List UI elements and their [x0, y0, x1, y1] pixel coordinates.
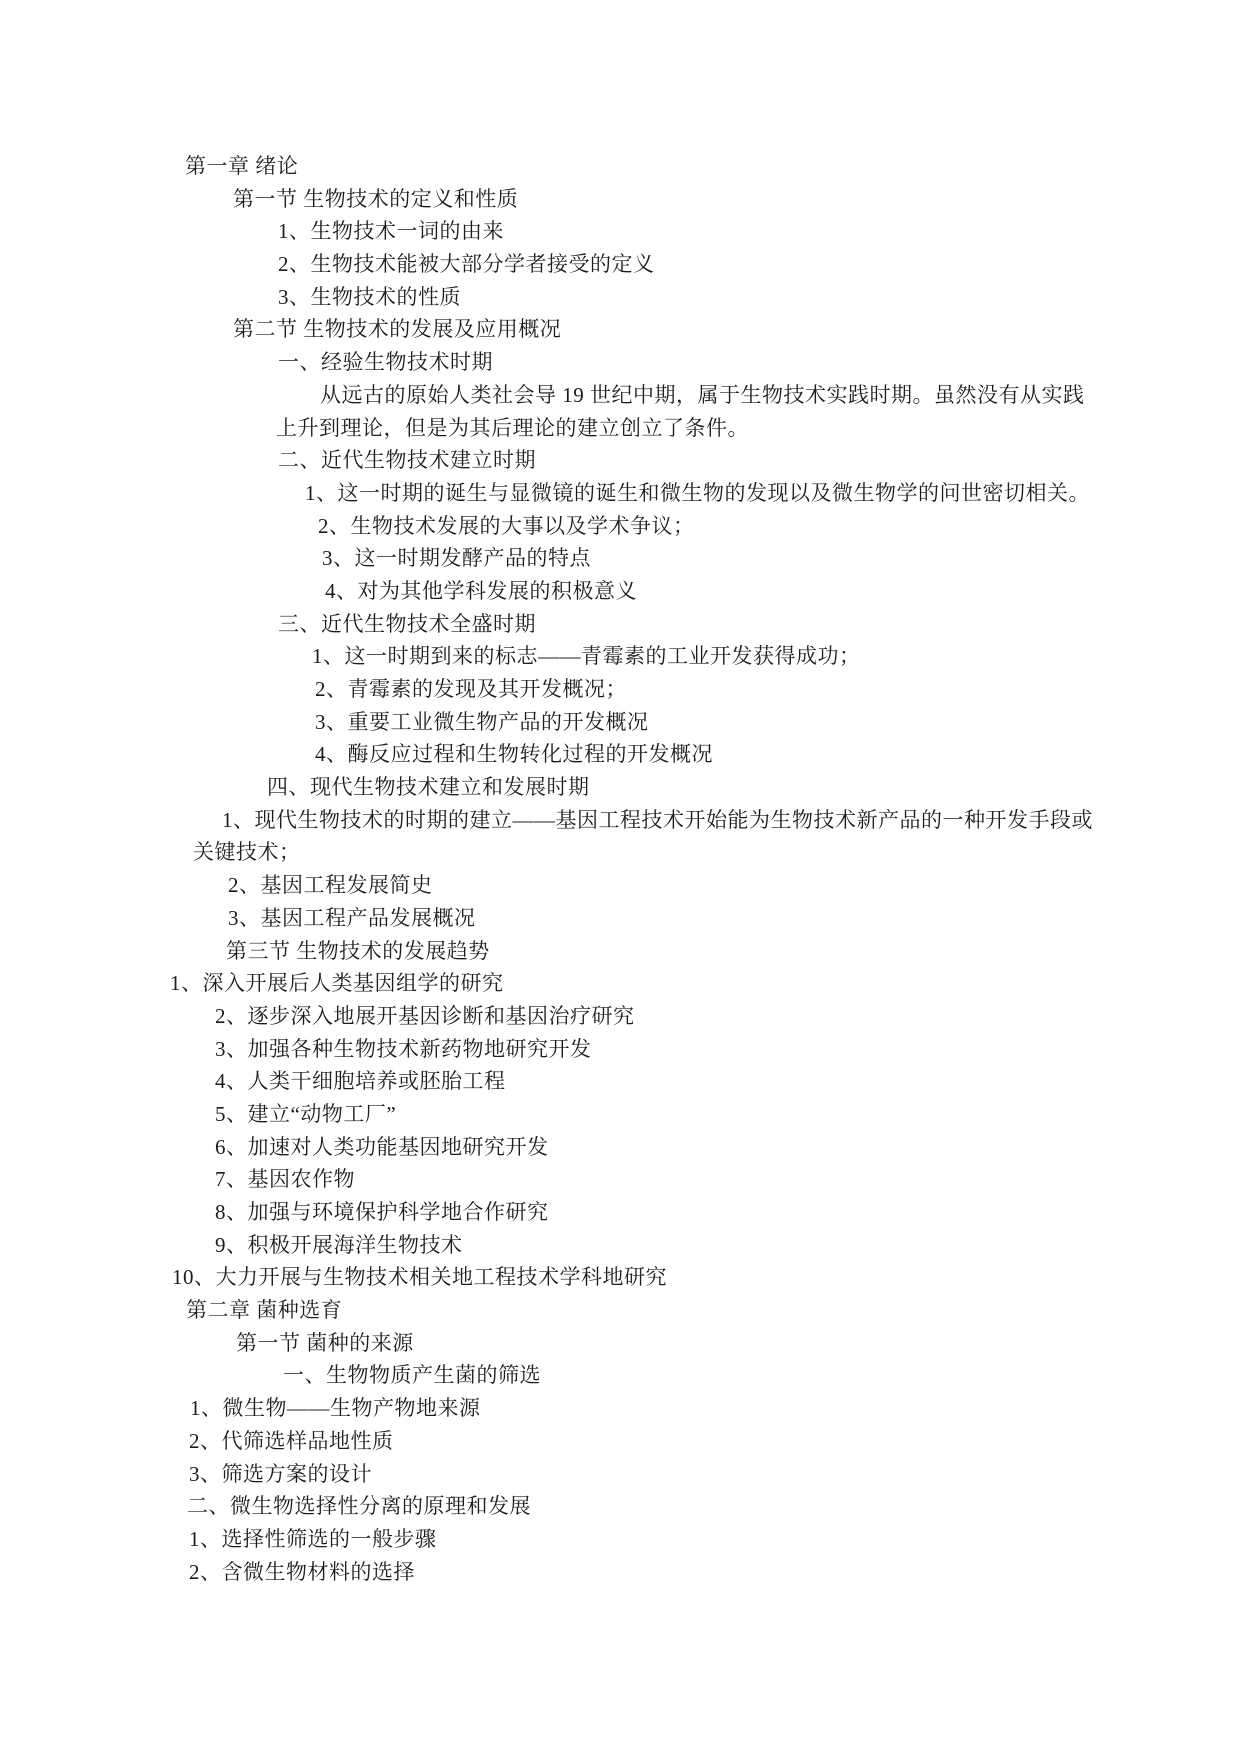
- outline-line-text: 4、酶反应过程和生物转化过程的开发概况: [315, 742, 713, 766]
- outline-line: 3、基因工程产品发展概况: [0, 902, 1241, 935]
- outline-line-text: 1、深入开展后人类基因组学的研究: [170, 971, 504, 995]
- outline-line-text: 3、重要工业微生物产品的开发概况: [315, 710, 649, 734]
- outline-line: 一、经验生物技术时期: [0, 346, 1241, 379]
- document-page: 第一章 绪论 第一节 生物技术的定义和性质 1、生物技术一词的由来 2、生物技术…: [0, 0, 1241, 1754]
- outline-line: 三、近代生物技术全盛时期: [0, 608, 1241, 641]
- outline-line-text: 10、大力开展与生物技术相关地工程技术学科地研究: [172, 1265, 667, 1289]
- outline-line: 第三节 生物技术的发展趋势: [0, 935, 1241, 968]
- outline-line-text: 2、生物技术发展的大事以及学术争议；: [318, 514, 695, 538]
- outline-line-text: 4、对为其他学科发展的积极意义: [325, 579, 637, 603]
- outline-line: 10、大力开展与生物技术相关地工程技术学科地研究: [0, 1261, 1241, 1294]
- outline-line: 1、这一时期的诞生与显微镜的诞生和微生物的发现以及微生物学的问世密切相关。: [0, 477, 1241, 510]
- outline-line: 第一章 绪论: [0, 150, 1241, 183]
- outline-line-text: 5、建立“动物工厂”: [215, 1102, 396, 1126]
- outline-line: 一、生物物质产生菌的筛选: [0, 1359, 1241, 1392]
- outline-line-text: 1、这一时期到来的标志——青霉素的工业开发获得成功；: [312, 644, 861, 668]
- outline-line: 4、人类干细胞培养或胚胎工程: [0, 1065, 1241, 1098]
- outline-line: 3、加强各种生物技术新药物地研究开发: [0, 1033, 1241, 1066]
- outline-line: 2、基因工程发展简史: [0, 869, 1241, 902]
- outline-line: 2、生物技术能被大部分学者接受的定义: [0, 248, 1241, 281]
- outline-line-text: 第一章 绪论: [185, 154, 298, 178]
- outline-line-text: 2、逐步深入地展开基因诊断和基因治疗研究: [215, 1004, 635, 1028]
- outline-line: 1、现代生物技术的时期的建立——基因工程技术开始能为生物技术新产品的一种开发手段…: [0, 804, 1241, 837]
- outline-line: 2、逐步深入地展开基因诊断和基因治疗研究: [0, 1000, 1241, 1033]
- outline-line-text: 2、基因工程发展简史: [228, 873, 433, 897]
- outline-line: 第一节 生物技术的定义和性质: [0, 183, 1241, 216]
- outline-line-text: 1、生物技术一词的由来: [278, 219, 504, 243]
- outline-line-text: 四、现代生物技术建立和发展时期: [267, 775, 590, 799]
- outline-line: 3、筛选方案的设计: [0, 1458, 1241, 1491]
- outline-line: 5、建立“动物工厂”: [0, 1098, 1241, 1131]
- outline-line: 二、近代生物技术建立时期: [0, 444, 1241, 477]
- outline-line: 第一节 菌种的来源: [0, 1327, 1241, 1360]
- outline-line: 8、加强与环境保护科学地合作研究: [0, 1196, 1241, 1229]
- outline-line-text: 3、基因工程产品发展概况: [228, 906, 476, 930]
- outline-line-text: 一、经验生物技术时期: [278, 350, 493, 374]
- outline-line-text: 3、加强各种生物技术新药物地研究开发: [215, 1037, 592, 1061]
- outline-line-text: 第二章 菌种选育: [186, 1298, 342, 1322]
- outline-line: 6、加速对人类功能基因地研究开发: [0, 1131, 1241, 1164]
- outline-line-text: 第一节 生物技术的定义和性质: [233, 187, 518, 211]
- outline-line: 1、选择性筛选的一般步骤: [0, 1523, 1241, 1556]
- outline-line: 关键技术；: [0, 836, 1241, 869]
- outline-line: 7、基因农作物: [0, 1163, 1241, 1196]
- outline-line: 3、重要工业微生物产品的开发概况: [0, 706, 1241, 739]
- outline-line-text: 2、生物技术能被大部分学者接受的定义: [278, 252, 655, 276]
- outline-line: 3、生物技术的性质: [0, 281, 1241, 314]
- outline-line: 2、代筛选样品地性质: [0, 1425, 1241, 1458]
- outline-line-text: 2、含微生物材料的选择: [189, 1560, 415, 1584]
- document-body: 第一章 绪论 第一节 生物技术的定义和性质 1、生物技术一词的由来 2、生物技术…: [0, 150, 1241, 1588]
- outline-line: 上升到理论，但是为其后理论的建立创立了条件。: [0, 412, 1241, 445]
- outline-line: 1、深入开展后人类基因组学的研究: [0, 967, 1241, 1000]
- outline-line: 二、微生物选择性分离的原理和发展: [0, 1490, 1241, 1523]
- outline-line-text: 3、这一时期发酵产品的特点: [322, 546, 591, 570]
- outline-line-text: 1、这一时期的诞生与显微镜的诞生和微生物的发现以及微生物学的问世密切相关。: [305, 481, 1090, 505]
- outline-line-text: 一、生物物质产生菌的筛选: [283, 1363, 541, 1387]
- outline-line-text: 8、加强与环境保护科学地合作研究: [215, 1200, 549, 1224]
- outline-line-text: 第二节 生物技术的发展及应用概况: [233, 317, 561, 341]
- outline-line: 第二节 生物技术的发展及应用概况: [0, 313, 1241, 346]
- outline-line-text: 1、现代生物技术的时期的建立——基因工程技术开始能为生物技术新产品的一种开发手段…: [222, 808, 1093, 832]
- outline-line-text: 2、青霉素的发现及其开发概况；: [315, 677, 627, 701]
- outline-line: 4、对为其他学科发展的积极意义: [0, 575, 1241, 608]
- outline-line-text: 4、人类干细胞培养或胚胎工程: [215, 1069, 506, 1093]
- outline-line: 1、微生物——生物产物地来源: [0, 1392, 1241, 1425]
- outline-line-text: 关键技术；: [193, 840, 301, 864]
- outline-line-text: 9、积极开展海洋生物技术: [215, 1233, 463, 1257]
- outline-line-text: 二、微生物选择性分离的原理和发展: [187, 1494, 531, 1518]
- outline-line-text: 3、生物技术的性质: [278, 285, 461, 309]
- outline-line-text: 1、微生物——生物产物地来源: [190, 1396, 481, 1420]
- outline-line-text: 第三节 生物技术的发展趋势: [226, 939, 490, 963]
- outline-line-text: 3、筛选方案的设计: [189, 1462, 372, 1486]
- outline-line: 第二章 菌种选育: [0, 1294, 1241, 1327]
- outline-line: 2、青霉素的发现及其开发概况；: [0, 673, 1241, 706]
- outline-line-text: 6、加速对人类功能基因地研究开发: [215, 1135, 549, 1159]
- outline-line: 2、含微生物材料的选择: [0, 1556, 1241, 1589]
- outline-line: 2、生物技术发展的大事以及学术争议；: [0, 510, 1241, 543]
- outline-line-text: 1、选择性筛选的一般步骤: [189, 1527, 437, 1551]
- outline-line: 1、生物技术一词的由来: [0, 215, 1241, 248]
- outline-line-text: 从远古的原始人类社会导 19 世纪中期，属于生物技术实践时期。虽然没有从实践: [320, 383, 1085, 407]
- outline-line-text: 7、基因农作物: [215, 1167, 355, 1191]
- outline-line-text: 上升到理论，但是为其后理论的建立创立了条件。: [276, 416, 749, 440]
- outline-line: 9、积极开展海洋生物技术: [0, 1229, 1241, 1262]
- outline-line-text: 三、近代生物技术全盛时期: [278, 612, 536, 636]
- outline-line-text: 2、代筛选样品地性质: [189, 1429, 394, 1453]
- outline-line: 3、这一时期发酵产品的特点: [0, 542, 1241, 575]
- outline-line: 1、这一时期到来的标志——青霉素的工业开发获得成功；: [0, 640, 1241, 673]
- outline-line-text: 二、近代生物技术建立时期: [278, 448, 536, 472]
- outline-line: 4、酶反应过程和生物转化过程的开发概况: [0, 738, 1241, 771]
- outline-line-text: 第一节 菌种的来源: [236, 1331, 414, 1355]
- outline-line: 四、现代生物技术建立和发展时期: [0, 771, 1241, 804]
- outline-line: 从远古的原始人类社会导 19 世纪中期，属于生物技术实践时期。虽然没有从实践: [0, 379, 1241, 412]
